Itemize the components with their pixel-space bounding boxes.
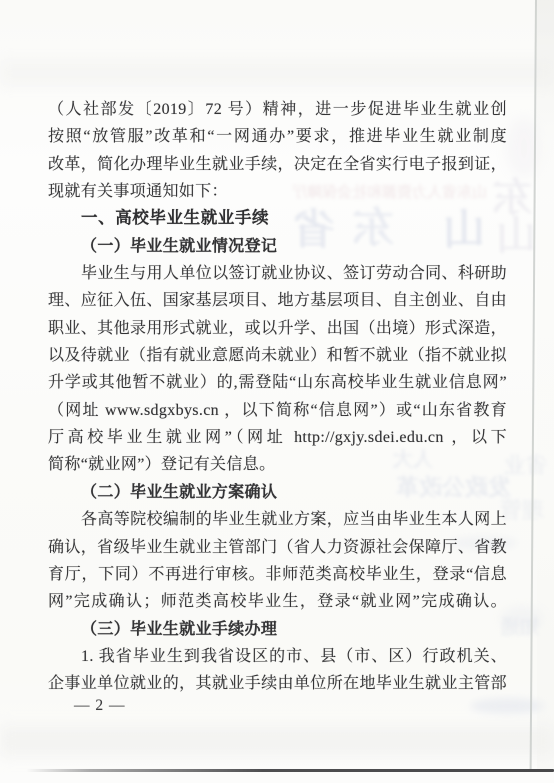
document-line: 毕业生与用人单位以签订就业协议、签订劳动合同、科研助: [48, 260, 507, 287]
document-text: （人社部发〔2019〕72 号）精神，进一步促进毕业生就业创业，按照“放管服”改…: [48, 96, 507, 698]
document-line: 1. 我省毕业生到我省设区的市、县（市、区）行政机关、: [48, 643, 507, 670]
document-line: 按照“放管服”改革和“一网通办”要求，推进毕业生就业制度: [48, 123, 507, 150]
document-line: （三）毕业生就业手续办理: [48, 616, 507, 643]
document-line: 一、高校毕业生就业手续: [48, 205, 507, 232]
document-line: （二）毕业生就业方案确认: [48, 479, 507, 506]
document-line: 简称“就业网”）登记有关信息。: [48, 451, 507, 478]
document-line: 改革，简化办理毕业生就业手续，决定在全省实行电子报到证，: [48, 151, 507, 178]
page-number: — 2 —: [74, 697, 126, 715]
document-line: 育厅，下同）不再进行审核。非师范类高校毕业生，登录“信息: [48, 561, 507, 588]
bleed-through-text: 省业: [504, 455, 548, 477]
document-line: （一）毕业生就业情况登记: [48, 233, 507, 260]
document-line: 职业、其他录用形式就业，或以升学、出国（出境）形式深造，: [48, 315, 507, 342]
scan-tone-band: [0, 60, 554, 86]
document-line: 确认，省级毕业生就业主管部门（省人力资源社会保障厅、省教: [48, 534, 507, 561]
document-line: 现就有关事项通知如下：: [48, 178, 507, 205]
ink-smudge: [470, 698, 545, 714]
document-line: 企事业单位就业的，其就业手续由单位所在地毕业生就业主管部: [48, 670, 507, 697]
document-line: （人社部发〔2019〕72 号）精神，进一步促进毕业生就业创业，: [48, 96, 507, 123]
document-line: 理、应征入伍、国家基层项目、地方基层项目、自主创业、自由: [48, 287, 507, 314]
document-line: 网”完成确认；师范类高校毕业生，登录“就业网”完成确认。: [48, 588, 507, 615]
scanned-document-page: 山东省人力资源和社会保障厅省东山东山人大发政公改革省业理管知通 （人社部发〔20…: [0, 0, 554, 783]
scan-edge-strip: [537, 0, 554, 771]
document-line: 升学或其他暂不就业）的,需登陆“山东高校毕业生就业信息网”: [48, 369, 507, 396]
document-line: 各高等院校编制的毕业生就业方案，应当由毕业生本人网上: [48, 506, 507, 533]
ink-smudge: [506, 118, 542, 178]
document-line: 以及待就业（指有就业意愿尚未就业）和暂不就业（指不就业拟: [48, 342, 507, 369]
document-line: 厅高校毕业生就业网”（网址 http://gxjy.sdei.edu.cn ，以…: [48, 424, 507, 451]
scan-artifact-vertical-line: [530, 0, 537, 771]
bottom-edge-line: [26, 769, 554, 772]
scan-tone-band: [0, 726, 554, 756]
document-line: （网址 www.sdgxbys.cn ，以下简称“信息网”）或“山东省教育: [48, 397, 507, 424]
